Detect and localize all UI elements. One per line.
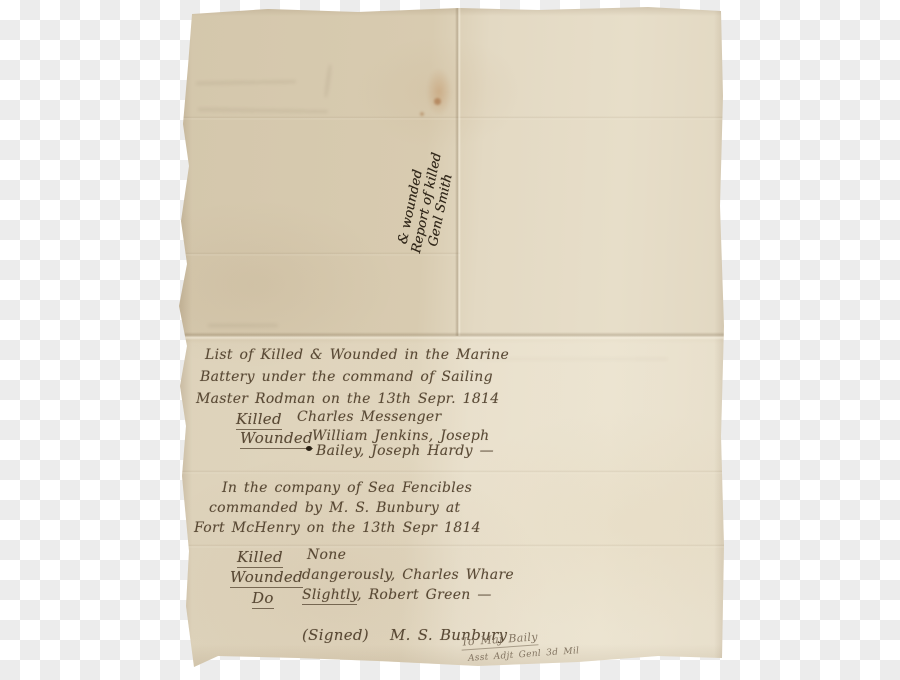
ink-blot [306, 446, 312, 451]
document-scan: { "document": { "docket": { "lines": ["G… [0, 0, 900, 680]
rust-stain-spot [420, 112, 424, 116]
marine-killed-value: Charles Messenger [297, 409, 442, 425]
fencibles-heading-line3: Fort McHenry on the 13th Sepr 1814 [194, 520, 481, 536]
rust-stain [426, 68, 452, 116]
fencibles-killed-value: None [307, 547, 346, 563]
fold-crease-top [178, 116, 724, 120]
fencibles-wounded-value: dangerously, Charles Whare [302, 567, 514, 583]
ghost-writing-mark [208, 324, 278, 327]
fencibles-heading-line2: commanded by M. S. Bunbury at [209, 500, 460, 516]
marine-wounded-value: William Jenkins, Joseph [312, 428, 490, 444]
marine-wounded-label: Wounded [240, 429, 313, 449]
fold-crease-main [178, 332, 724, 340]
ghost-writing-mark [198, 108, 328, 113]
fencibles-ditto-label: Do [252, 589, 274, 609]
fencibles-ditto-value: , Robert Green — [357, 587, 492, 603]
fencibles-heading-line1: In the company of Sea Fencibles [222, 480, 472, 496]
ghost-writing-mark [196, 80, 296, 85]
fencibles-wounded-label: Wounded [230, 568, 303, 588]
marine-killed-label: Killed [236, 410, 282, 430]
marine-heading-line2: Battery under the command of Sailing [200, 369, 493, 385]
marine-heading-line1: List of Killed & Wounded in the Marine [205, 347, 509, 363]
signature-prefix: (Signed) [302, 626, 369, 644]
fencibles-killed-label: Killed [237, 548, 283, 568]
marine-heading-line3: Master Rodman on the 13th Sepr. 1814 [196, 391, 499, 407]
rust-stain-spot [434, 98, 441, 105]
fold-crease-lower1 [178, 470, 724, 474]
fencibles-ditto-qualifier: Slightly [302, 587, 357, 605]
manuscript-paper: & wounded Report of killed Genl Smith Li… [178, 6, 724, 668]
marine-wounded-value-cont: Bailey, Joseph Hardy — [316, 443, 494, 459]
ghost-writing-mark [324, 64, 333, 98]
